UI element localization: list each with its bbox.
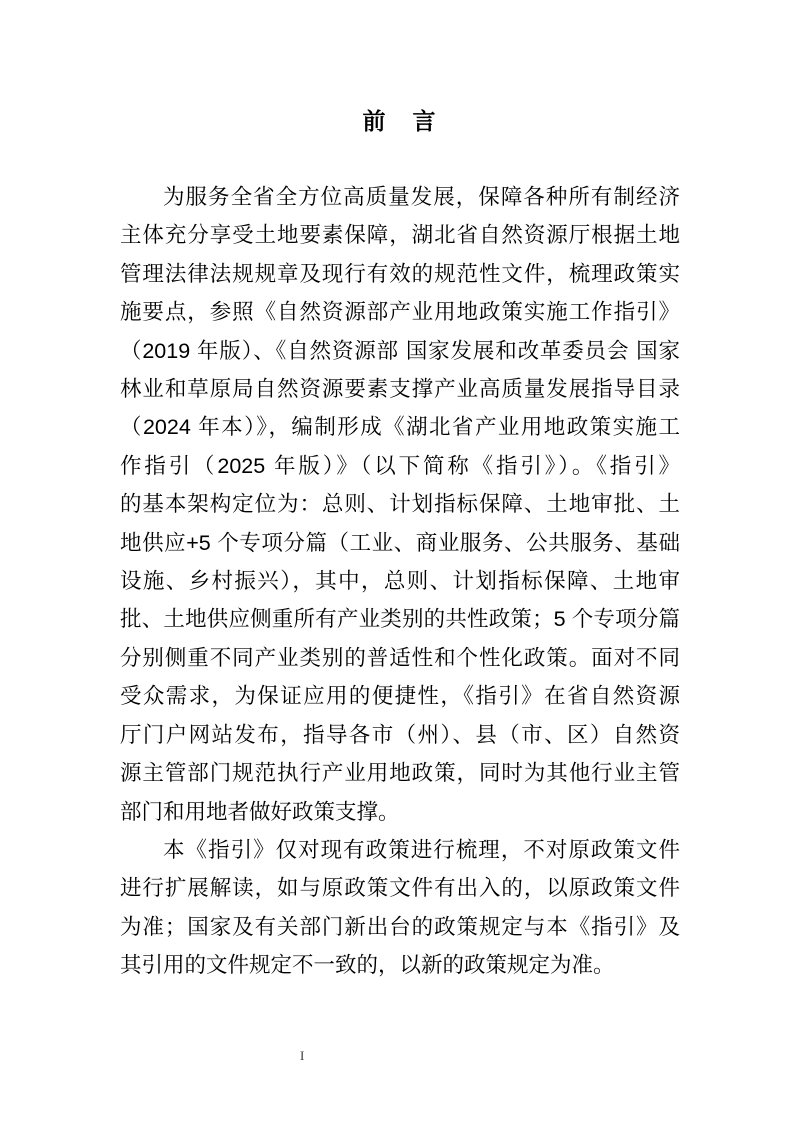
text-line: 地供应+5 个专项分篇（工业、商业服务、公共服务、基础 [120, 524, 680, 562]
text-line: 进行扩展解读，如与原政策文件有出入的，以原政策文件 [120, 869, 680, 907]
document-page: 前 言 为服务全省全方位高质量发展，保障各种所有制经济主体充分享受土地要素保障，… [0, 0, 800, 1132]
text-line: 管理法律法规规章及现行有效的规范性文件，梳理政策实 [120, 255, 680, 293]
text-line: 厅门户网站发布，指导各市（州）、县（市、区）自然资 [120, 716, 680, 754]
text-line: 其引用的文件规定不一致的，以新的政策规定为准。 [120, 946, 680, 984]
text-line: 施要点，参照《自然资源部产业用地政策实施工作指引》 [120, 293, 680, 331]
text-line: 受众需求，为保证应用的便捷性，《指引》在省自然资源 [120, 677, 680, 715]
text-line: 设施、乡村振兴），其中，总则、计划指标保障、土地审 [120, 562, 680, 600]
text-line: 的基本架构定位为：总则、计划指标保障、土地审批、土 [120, 485, 680, 523]
text-line: 分别侧重不同产业类别的普适性和个性化政策。面对不同 [120, 639, 680, 677]
text-line: 主体充分享受土地要素保障，湖北省自然资源厅根据土地 [120, 216, 680, 254]
text-line: 批、土地供应侧重所有产业类别的共性政策；5 个专项分篇 [120, 600, 680, 638]
text-line: 为准；国家及有关部门新出台的政策规定与本《指引》及 [120, 908, 680, 946]
text-line: （2019 年版）、《自然资源部 国家发展和改革委员会 国家 [120, 332, 680, 370]
page-number: I [300, 1048, 304, 1064]
text-line: （2024 年本）》，编制形成《湖北省产业用地政策实施工 [120, 408, 680, 446]
paragraph-1: 为服务全省全方位高质量发展，保障各种所有制经济主体充分享受土地要素保障，湖北省自… [120, 178, 680, 831]
text-line: 为服务全省全方位高质量发展，保障各种所有制经济 [120, 178, 680, 216]
text-line: 部门和用地者做好政策支撑。 [120, 793, 680, 831]
body-content: 为服务全省全方位高质量发展，保障各种所有制经济主体充分享受土地要素保障，湖北省自… [120, 178, 680, 985]
page-title: 前 言 [0, 103, 800, 136]
text-line: 本《指引》仅对现有政策进行梳理，不对原政策文件 [120, 831, 680, 869]
text-line: 作指引（2025 年版）》（以下简称《指引》）。《指引》 [120, 447, 680, 485]
text-line: 林业和草原局自然资源要素支撑产业高质量发展指导目录 [120, 370, 680, 408]
paragraph-2: 本《指引》仅对现有政策进行梳理，不对原政策文件进行扩展解读，如与原政策文件有出入… [120, 831, 680, 985]
text-line: 源主管部门规范执行产业用地政策，同时为其他行业主管 [120, 754, 680, 792]
